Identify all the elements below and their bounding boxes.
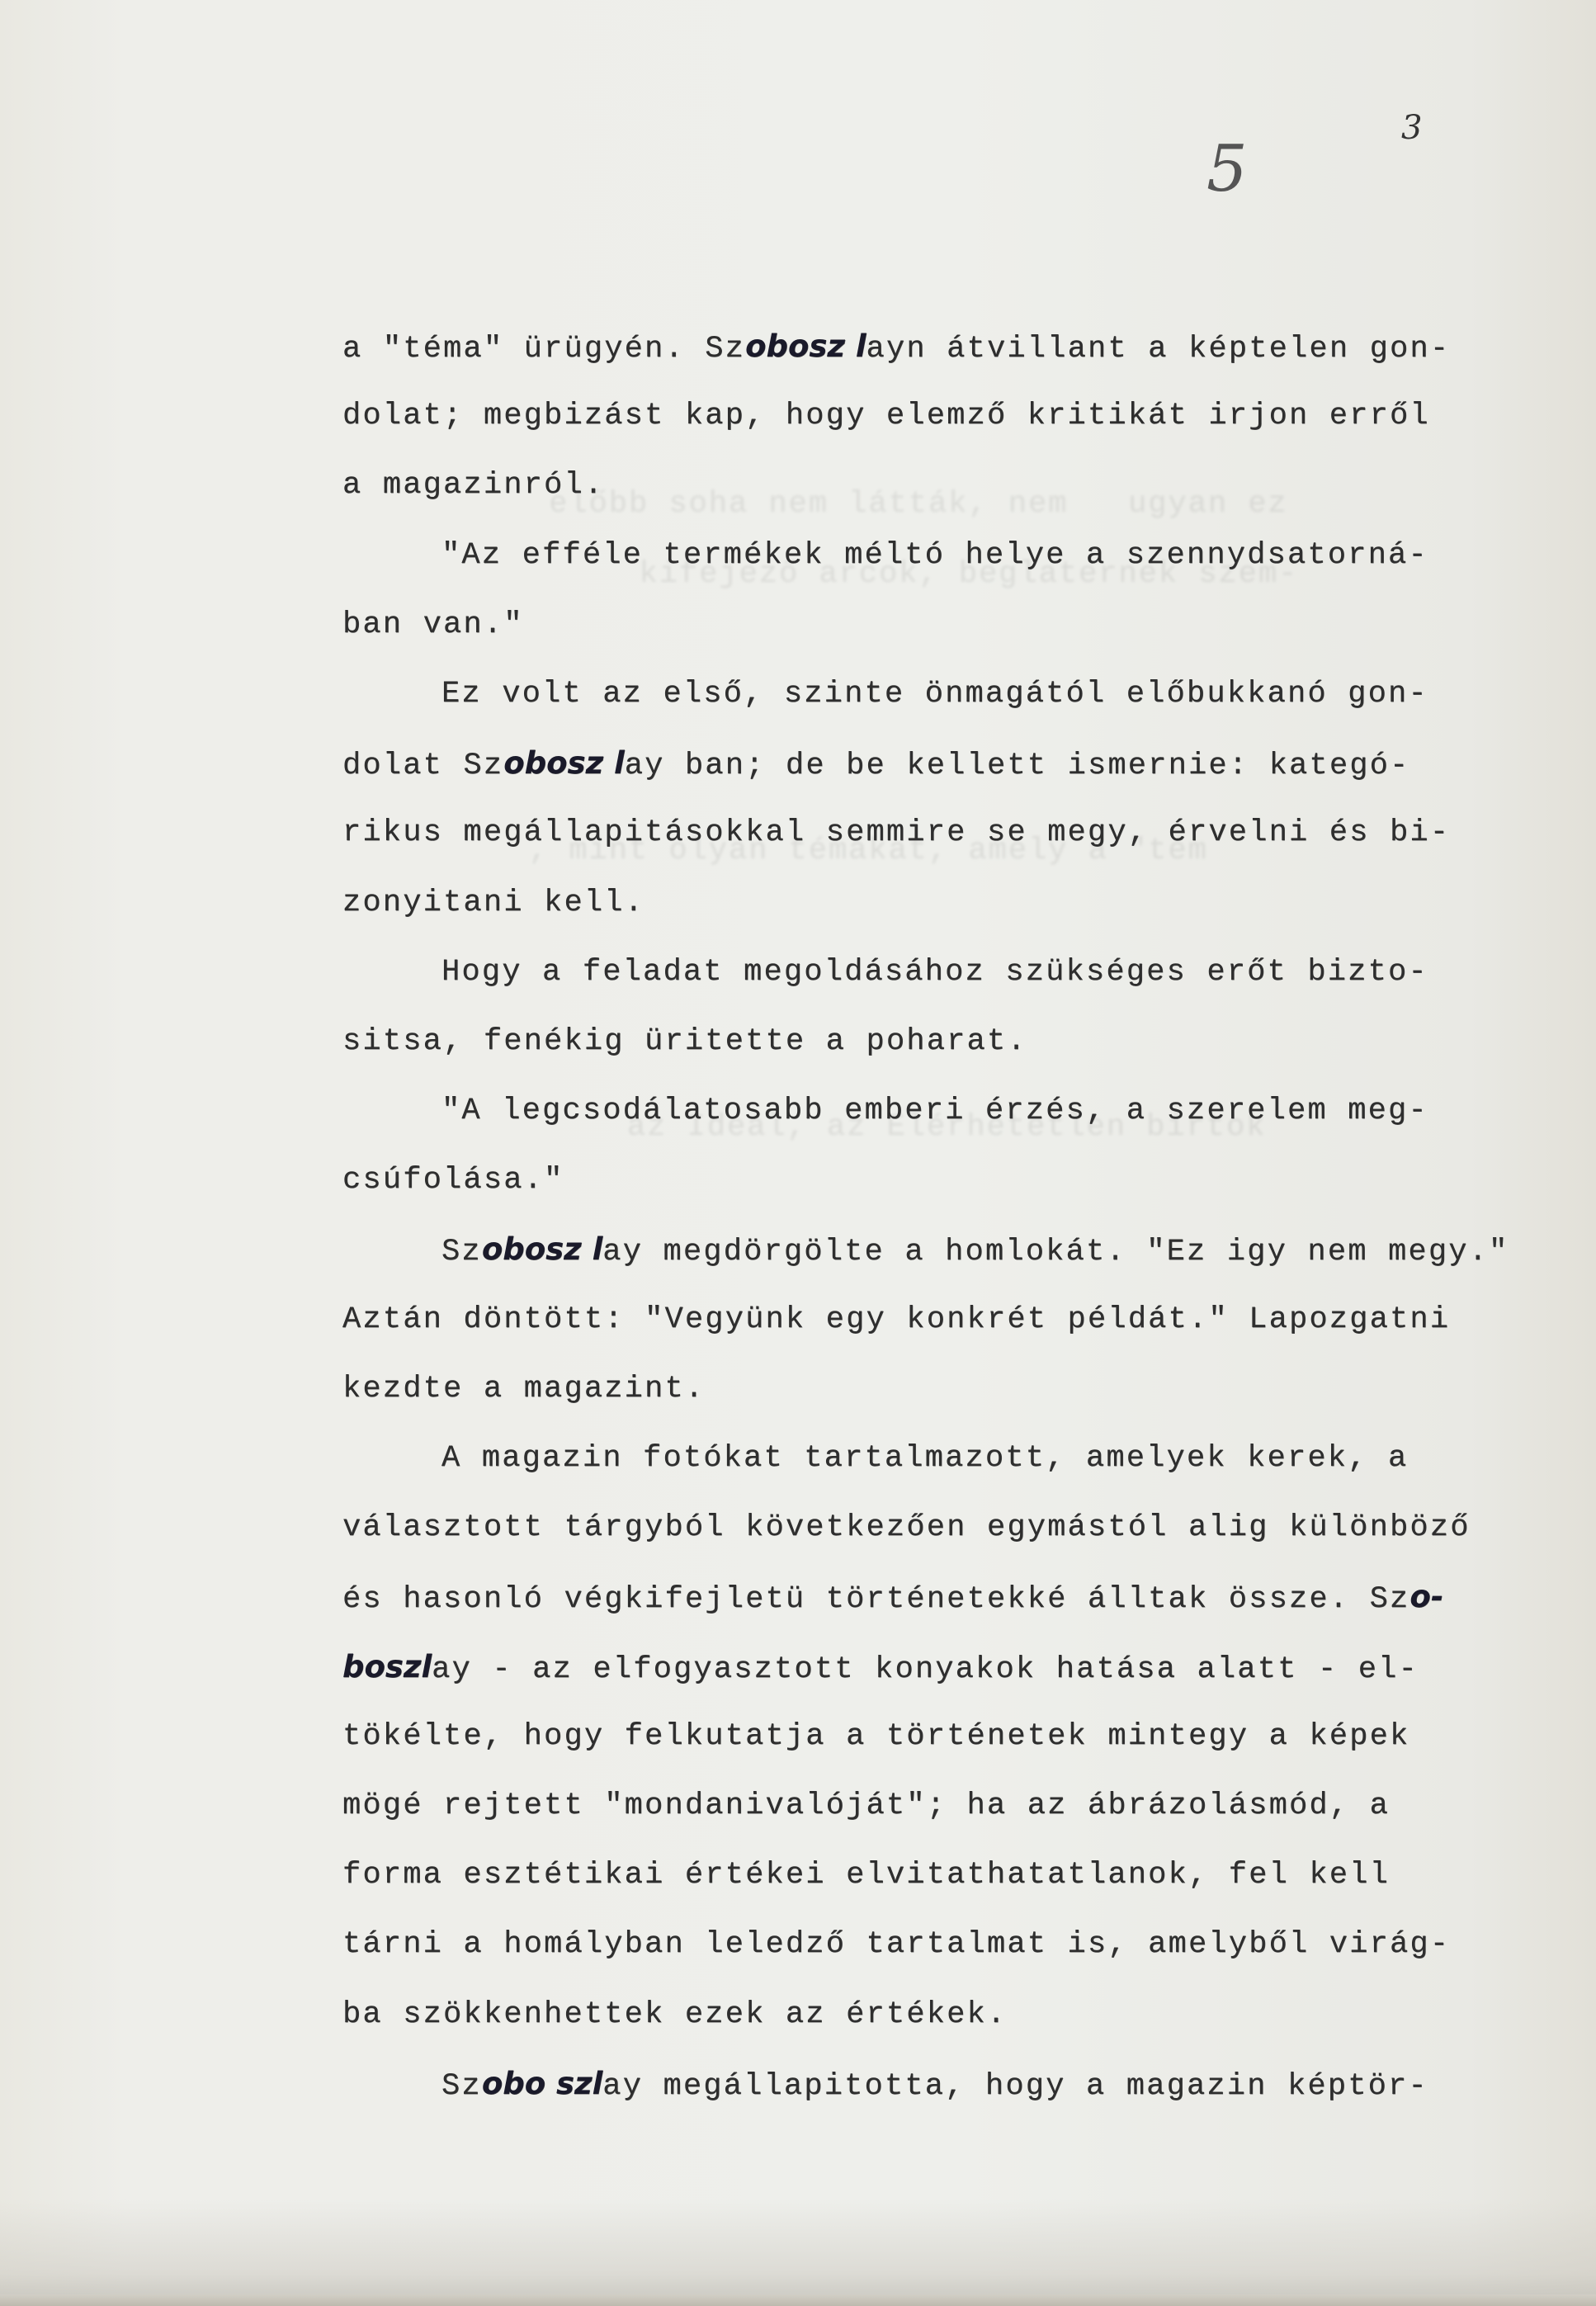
page-shadow bbox=[0, 2199, 1596, 2306]
text-line: Hogy a feladat megoldásához szükséges er… bbox=[342, 938, 1514, 1007]
typed-text: ba szökkenhettek ezek az értékek. bbox=[342, 1997, 1007, 2032]
typewritten-body: a "téma" ürügyén. Szobosz layn átvillant… bbox=[342, 312, 1514, 2119]
typed-text: ay megdörgölte a homlokát. "Ez igy nem m… bbox=[602, 1235, 1509, 1269]
typed-text: a magazinról. bbox=[342, 468, 604, 503]
typed-text: Hogy a feladat megoldásához szükséges er… bbox=[441, 955, 1428, 990]
text-line: tökélte, hogy felkutatja a történetek mi… bbox=[342, 1702, 1514, 1771]
text-line: "A legcsodálatosabb emberi érzés, a szer… bbox=[342, 1076, 1514, 1146]
handwritten-page-number: 5 bbox=[1206, 132, 1248, 206]
typed-text: ay - az elfogyasztott konyakok hatása al… bbox=[432, 1652, 1419, 1687]
handwritten-page-number-small: 3 bbox=[1401, 109, 1422, 147]
text-line: forma esztétikai értékei elvitathatatlan… bbox=[342, 1841, 1514, 1910]
typed-text: ay megállapitotta, hogy a magazin képtör… bbox=[602, 2069, 1428, 2104]
typed-text: sitsa, fenékig üritette a poharat. bbox=[342, 1024, 1027, 1059]
typed-text: ay ban; de be kellett ismernie: kategó- bbox=[625, 749, 1410, 783]
text-line: Szobosz lay megdörgölte a homlokát. "Ez … bbox=[342, 1215, 1514, 1284]
text-line: csúfolása." bbox=[342, 1146, 1514, 1215]
text-line: Ez volt az első, szinte önmagától előbuk… bbox=[342, 659, 1514, 729]
typed-text: "Az efféle termékek méltó helye a szenny… bbox=[441, 538, 1428, 573]
text-line: Szobo szlay megállapitotta, hogy a magaz… bbox=[342, 2049, 1514, 2119]
typed-text: csúfolása." bbox=[342, 1163, 564, 1198]
handwritten-correction: obosz l bbox=[503, 745, 624, 781]
text-line: választott tárgyból következően egymástó… bbox=[342, 1493, 1514, 1562]
text-line: ba szökkenhettek ezek az értékek. bbox=[342, 1980, 1514, 2049]
typed-text: Ez volt az első, szinte önmagától előbuk… bbox=[441, 677, 1428, 711]
typed-text: és hasonló végkifejletü történetekké áll… bbox=[342, 1582, 1409, 1617]
typed-text: tökélte, hogy felkutatja a történetek mi… bbox=[342, 1719, 1409, 1754]
text-line: mögé rejtett "mondanivalóját"; ha az ábr… bbox=[342, 1771, 1514, 1841]
typed-text: zonyitani kell. bbox=[342, 886, 645, 920]
typed-text: Aztán döntött: "Vegyünk egy konkrét péld… bbox=[342, 1302, 1450, 1337]
text-line: Aztán döntött: "Vegyünk egy konkrét péld… bbox=[342, 1285, 1514, 1354]
text-line: A magazin fotókat tartalmazott, amelyek … bbox=[342, 1424, 1514, 1493]
typed-text: választott tárgyból következően egymástó… bbox=[342, 1510, 1471, 1545]
typed-text: tárni a homályban leledző tartalmat is, … bbox=[342, 1927, 1450, 1962]
typed-text: a "téma" ürügyén. Sz bbox=[342, 332, 745, 366]
text-line: boszlay - az elfogyasztott konyakok hatá… bbox=[342, 1633, 1514, 1702]
text-line: dolat; megbizást kap, hogy elemző kritik… bbox=[342, 381, 1514, 451]
typed-text: ayn átvillant a képtelen gon- bbox=[866, 332, 1451, 366]
handwritten-correction: o- bbox=[1409, 1579, 1443, 1614]
typed-text: forma esztétikai értékei elvitathatatlan… bbox=[342, 1858, 1390, 1893]
text-line: "Az efféle termékek méltó helye a szenny… bbox=[342, 521, 1514, 590]
typed-text: kezdte a magazint. bbox=[342, 1372, 705, 1406]
typed-text: rikus megállapitásokkal semmire se megy,… bbox=[342, 815, 1450, 850]
handwritten-correction: obosz l bbox=[745, 328, 866, 364]
page-edge bbox=[0, 2294, 1596, 2306]
text-line: sitsa, fenékig üritette a poharat. bbox=[342, 1007, 1514, 1076]
manuscript-page: előbb soha nem látták, nem ugyan ez kife… bbox=[0, 0, 1596, 2306]
typed-text: dolat; megbizást kap, hogy elemző kritik… bbox=[342, 399, 1430, 433]
typed-text: mögé rejtett "mondanivalóját"; ha az ábr… bbox=[342, 1789, 1390, 1823]
text-line: rikus megállapitásokkal semmire se megy,… bbox=[342, 798, 1514, 867]
typed-text: dolat Sz bbox=[342, 749, 503, 783]
typed-text: Sz bbox=[441, 2069, 482, 2104]
text-line: zonyitani kell. bbox=[342, 868, 1514, 938]
typed-text: ban van." bbox=[342, 607, 524, 642]
text-line: kezdte a magazint. bbox=[342, 1354, 1514, 1424]
typed-text: "A legcsodálatosabb emberi érzés, a szer… bbox=[441, 1094, 1428, 1128]
text-line: és hasonló végkifejletü történetekké áll… bbox=[342, 1562, 1514, 1632]
text-line: tárni a homályban leledző tartalmat is, … bbox=[342, 1910, 1514, 1979]
text-line: ban van." bbox=[342, 590, 1514, 659]
handwritten-correction: obosz l bbox=[482, 1231, 602, 1267]
text-line: dolat Szobosz lay ban; de be kellett ism… bbox=[342, 729, 1514, 798]
typed-text: A magazin fotókat tartalmazott, amelyek … bbox=[441, 1441, 1408, 1476]
handwritten-correction: obo szl bbox=[482, 2066, 602, 2101]
typed-text: Sz bbox=[441, 1235, 482, 1269]
text-line: a magazinról. bbox=[342, 451, 1514, 520]
handwritten-correction: boszl bbox=[342, 1649, 432, 1685]
text-line: a "téma" ürügyén. Szobosz layn átvillant… bbox=[342, 312, 1514, 381]
